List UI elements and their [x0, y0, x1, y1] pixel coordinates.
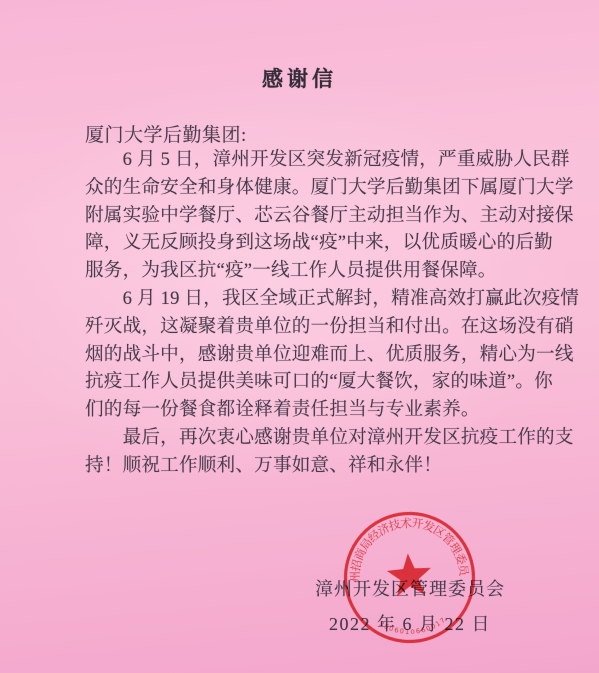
letter-paper: 感谢信 厦门大学后勤集团: 6 月 5 日，漳州开发区突发新冠疫情，严重威胁人民… — [0, 0, 599, 673]
letter-line: 6 月 19 日，我区全域正式解封，精准高效打赢此次疫情 — [85, 285, 551, 313]
letter-line: 障，义无反顾投身到这场战“疫”中来，以优质暖心的后勤 — [85, 229, 551, 257]
official-seal: 漳州招商局经济技术开发区管理委员会 3506010660017 — [336, 504, 482, 650]
letter-salutation: 厦门大学后勤集团: — [85, 120, 247, 147]
letter-line: 们的每一份餐食都诠释着责任担当与专业素养。 — [85, 396, 551, 424]
letter-line: 附属实验中学餐厅、芯云谷餐厅主动担当作为、主动对接保 — [85, 202, 551, 230]
letter-body: 6 月 5 日，漳州开发区突发新冠疫情，严重威胁人民群众的生命安全和身体健康。厦… — [85, 146, 551, 480]
letter-line: 服务，为我区抗“疫”一线工作人员提供用餐保障。 — [85, 257, 551, 285]
letter-line: 众的生命安全和身体健康。厦门大学后勤集团下属厦门大学 — [85, 174, 551, 202]
letter-title: 感谢信 — [0, 63, 599, 93]
letter-line: 最后，再次衷心感谢贵单位对漳州开发区抗疫工作的支 — [85, 424, 551, 452]
letter-line: 歼灭战，这凝聚着贵单位的一份担当和付出。在这场没有硝 — [85, 313, 551, 341]
seal-star-icon — [386, 552, 433, 597]
letter-line: 持！顺祝工作顺利、万事如意、祥和永伴！ — [85, 452, 551, 480]
letter-line: 6 月 5 日，漳州开发区突发新冠疫情，严重威胁人民群 — [85, 146, 551, 174]
letter-line: 烟的战斗中，感谢贵单位迎难而上、优质服务，精心为一线 — [85, 341, 551, 369]
letter-line: 抗疫工作人员提供美味可口的“厦大餐饮，家的味道”。你 — [85, 368, 551, 396]
